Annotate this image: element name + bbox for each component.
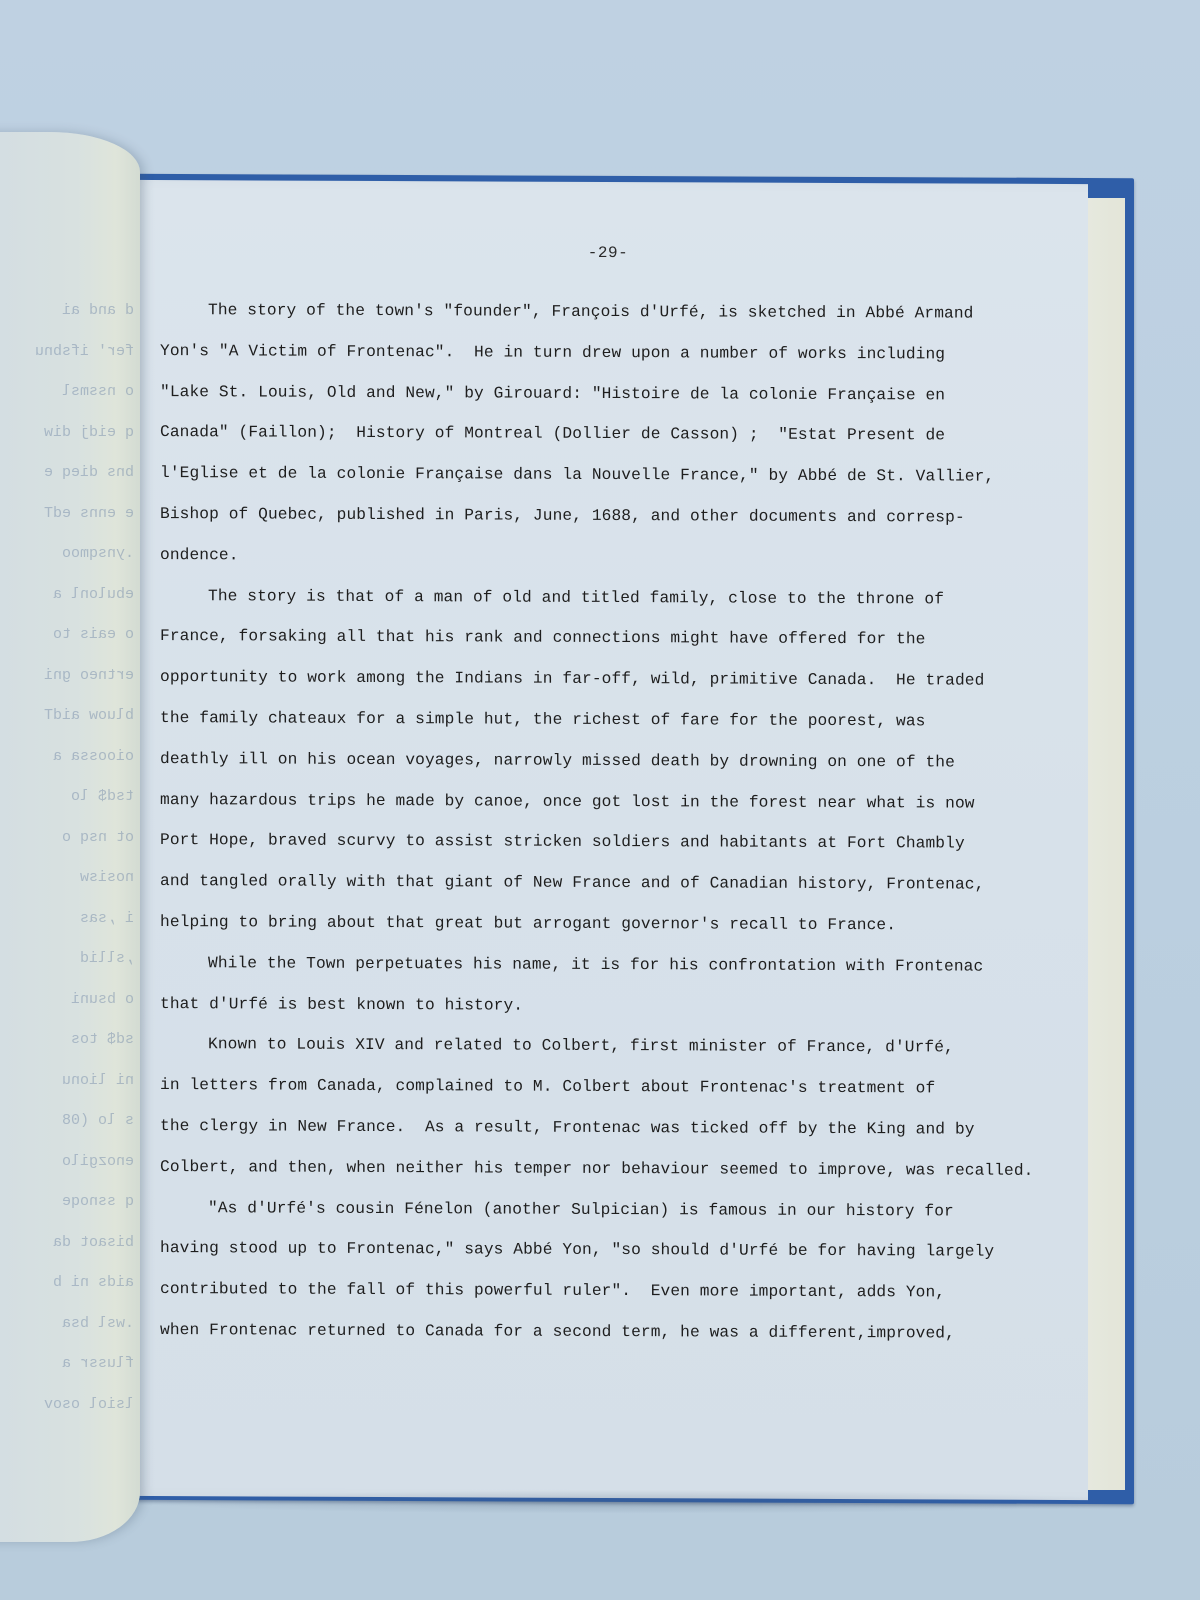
bleed-through-text: s lo (08 [62,1112,134,1129]
bleed-through-text: o eais to [53,626,134,643]
bleed-through-text: e enns edT [44,505,134,522]
text-line: l'Eglise et de la colonie Française dans… [160,453,1060,498]
text-line: that d'Urfé is best known to history. [160,984,1060,1029]
text-line: and tangled orally with that giant of Ne… [160,861,1060,906]
text-line: The story of the town's "founder", Franç… [160,290,1060,335]
text-line: France, forsaking all that his rank and … [160,616,1060,661]
bleed-through-text: i ,sas [80,910,134,927]
bleed-through-text: q eidj diw [44,424,134,441]
bleed-through-text: o nssmsl [62,383,134,400]
text-line: deathly ill on his ocean voyages, narrow… [160,739,1060,784]
bleed-through-text: bluow aidT [44,707,134,724]
text-line: The story is that of a man of old and ti… [160,576,1060,621]
bleed-through-text: fer' ifsbnu [35,343,134,360]
text-line: "As d'Urfé's cousin Fénelon (another Sul… [160,1188,1060,1233]
text-line: While the Town perpetuates his name, it … [160,943,1060,988]
bleed-through-text: lsiol osov [44,1396,134,1413]
bleed-through-text: o bsuni [71,991,134,1008]
text-line: when Frontenac returned to Canada for a … [160,1310,1060,1355]
bleed-through-text: oioossa a [53,748,134,765]
bleed-through-text: d and ai [62,302,134,319]
body-text: The story of the town's "founder", Franç… [160,290,1060,1355]
bleed-through-text: nosisw [80,869,134,886]
text-line: helping to bring about that great but ar… [160,902,1060,947]
text-line: Known to Louis XIV and related to Colber… [160,1024,1060,1069]
text-line: having stood up to Frontenac," says Abbé… [160,1228,1060,1273]
page-number: -29- [128,242,1088,264]
bleed-through-text: ebulonl a [53,586,134,603]
bleed-through-text: ni lionu [62,1072,134,1089]
text-line: Port Hope, braved scurvy to assist stric… [160,820,1060,865]
bleed-through-text: q ssnoqe [62,1193,134,1210]
bleed-through-text: enozgilo [62,1153,134,1170]
document-page: -29- The story of the town's "founder", … [128,180,1088,1500]
book-shadow [120,1490,1140,1514]
text-line: Yon's "A Victim of Frontenac". He in tur… [160,331,1060,376]
text-line: Canada" (Faillon); History of Montreal (… [160,412,1060,457]
text-line: opportunity to work among the Indians in… [160,657,1060,702]
text-line: contributed to the fall of this powerful… [160,1269,1060,1314]
bleed-through-text: ,sllid [80,950,134,967]
bleed-through-text: ertneo gni [44,667,134,684]
text-line: Colbert, and then, when neither his temp… [160,1147,1060,1192]
bleed-through-text: sd$ tos [71,1031,134,1048]
bleed-through-text: bns dieq e [44,464,134,481]
text-line: the family chateaux for a simple hut, th… [160,698,1060,743]
left-page-curl: d and aifer' ifsbnuo nssmslq eidj diwbns… [0,132,140,1542]
bleed-through-text: aids ni b [53,1274,134,1291]
bleed-through-text: .wsl bsa [62,1315,134,1332]
bleed-through-text: tsd$ lo [71,788,134,805]
bleed-through-text: .ynsqmoo [53,545,134,562]
text-line: Bishop of Quebec, published in Paris, Ju… [160,494,1060,539]
text-line: "Lake St. Louis, Old and New," by Giroua… [160,372,1060,417]
bleed-through-text: ot nsq o [62,829,134,846]
text-line: in letters from Canada, complained to M.… [160,1065,1060,1110]
bleed-through-text: bisaot da [53,1234,134,1251]
text-line: ondence. [160,535,1060,580]
text-line: the clergy in New France. As a result, F… [160,1106,1060,1151]
text-line: many hazardous trips he made by canoe, o… [160,780,1060,825]
bleed-through-text: flussr a [62,1355,134,1372]
